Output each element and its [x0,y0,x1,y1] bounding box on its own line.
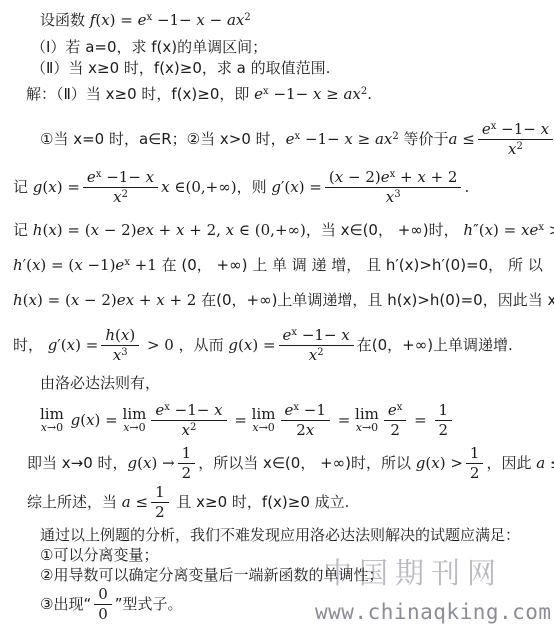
math-run: h(x) = (x − 2)ex + x + 2, x ∈ (0,+∞) [33,221,306,239]
limit-label: lim [123,407,147,422]
limit-computation: limx→0 g(x) = limx→0ex −1− xx2 = limx→0e… [0,401,554,440]
math-run: g′(x) = [271,178,322,196]
fraction-denominator: 2x [281,421,330,440]
text-run: 等价于 [404,130,449,148]
text-run: ，当 x∈(0， +∞)时， [306,221,464,239]
fraction-numerator: 1 [466,444,484,464]
text-run: ，从而 [174,336,229,354]
text-run: 记 [13,178,33,196]
text-run: 即当 x→0 时， [27,454,128,472]
fraction: ex2 [384,401,407,440]
fraction-denominator: x2 [151,421,226,440]
fraction-denominator: 2 [151,503,169,522]
limit-subscript: x→0 [252,422,276,434]
text-run: 在(0，+∞)上单调递增，且 h(x)>h(0)=0，因此当 x∈(0，+∞) [201,291,554,309]
condition-1: ①可以分离变量； [0,545,554,565]
fraction: 12 [178,444,196,483]
math-run: ex −1− x ≥ ax2 [254,85,367,103]
math-run: g(x) → [128,454,175,472]
limit-operator: limx→0 [252,407,276,434]
fraction: ex −1− xx2 [478,120,553,159]
analysis-intro: 通过以上例题的分析，我们不难发现应用洛必达法则解决的试题应满足： [0,525,554,545]
text-run: ②用导数可以确定分离变量后一端新函数的单调性； [40,566,383,584]
fraction-numerator: 1 [151,483,169,503]
condition-2: ②用导数可以确定分离变量后一端新函数的单调性； [0,565,554,585]
text-run: 时， [13,336,48,354]
fraction-denominator: 0 [94,605,112,624]
limit-conclusion: 即当 x→0 时，g(x) →12，所以当 x∈(0， +∞)时，所以 g(x)… [0,444,554,483]
math-run: ex −1− x ≥ ax2 [286,130,404,148]
math-run: a ≤ [122,493,148,511]
fraction: ex −1− xx2 [83,168,158,207]
math-run: = [230,411,252,429]
document-page: 中国期刊网 www.chinaqking.com 设函数 f(x) = ex −… [0,0,554,631]
fraction-numerator: ex −1− x [83,168,158,188]
h-definition: 记 h(x) = (x − 2)ex + x + 2, x ∈ (0,+∞)，当… [0,220,554,240]
solution-start: 解：（Ⅱ）当 x≥0 时，f(x)≥0，即 ex −1− x ≥ ax2. [0,84,554,104]
text-run: ①可以分离变量； [40,546,158,564]
math-run: > 0 [142,336,174,354]
h-monotonic: h(x) = (x − 2)ex + x + 2 在(0，+∞)上单调递增，且 … [0,290,554,310]
fraction: (x − 2)ex + x + 2x3 [325,168,462,207]
text-run: ，所以当 x∈(0， +∞)时，所以 [198,454,416,472]
fraction-denominator: x3 [325,188,462,207]
case-analysis: ①当 x=0 时，a∈R；②当 x>0 时，ex −1− x ≥ ax2 等价于… [0,120,554,159]
limit-operator: limx→0 [40,407,64,434]
math-run: g(x) = [66,411,123,429]
part-one: （Ⅰ）若 a=0，求 f(x)的单调区间； [0,37,554,57]
text-run: 在 (0， +∞) 上 单 调 递 增， 且 h′(x)>h′(0)=0， 所 … [157,256,543,274]
limit-operator: limx→0 [355,407,379,434]
limit-operator: limx→0 [123,407,147,434]
math-run: = [333,411,355,429]
text-run: ③出现“ [40,595,91,613]
problem-setup: 设函数 f(x) = ex −1− x − ax2 [0,10,554,30]
text-run: （Ⅱ）当 x≥0 时，f(x)≥0，求 a 的取值范围. [31,59,330,77]
text-run: 由洛必达法则有， [40,374,160,392]
fraction-denominator: 2 [178,464,196,483]
limit-label: lim [252,407,276,422]
lhopital-intro: 由洛必达法则有， [0,373,554,393]
text-run: ①当 x=0 时，a∈R；②当 x>0 时， [40,130,286,148]
fraction-denominator: 2 [435,421,453,440]
text-run: . [367,85,372,103]
limit-label: lim [40,407,64,422]
fraction: 12 [435,401,453,440]
h-prime-monotonic: h′(x) = (x −1)ex +1 在 (0， +∞) 上 单 调 递 增，… [0,255,554,275]
math-run: f(x) = ex −1− x − ax2 [90,11,251,29]
document-body: 设函数 f(x) = ex −1− x − ax2（Ⅰ）若 a=0，求 f(x)… [0,10,554,624]
fraction-numerator: ex −1− x [151,401,226,421]
fraction-numerator: ex −1 [281,401,330,421]
fraction-numerator: 1 [435,401,453,421]
part-two: （Ⅱ）当 x≥0 时，f(x)≥0，求 a 的取值范围. [0,58,554,78]
fraction-numerator: ex −1− x [478,120,553,140]
fraction-denominator: x2 [83,188,158,207]
text-run: 且 x≥0 时，f(x)≥0 成立. [172,493,350,511]
summary: 综上所述，当 a ≤12 且 x≥0 时，f(x)≥0 成立. [0,483,554,522]
math-run: h(x) = (x − 2)ex + x + 2 [13,291,201,309]
text-run: 解：（Ⅱ）当 x≥0 时，f(x)≥0，即 [26,85,254,103]
text-run: ”型式子。 [115,595,183,613]
g-monotonic: 时， g′(x) =h(x)x3 > 0 ，从而 g(x) =ex −1− xx… [0,326,554,365]
fraction-numerator: (x − 2)ex + x + 2 [325,168,462,188]
limit-label: lim [355,407,379,422]
fraction-denominator: 2 [384,421,407,440]
math-run: x ∈(0,+∞) [161,178,236,196]
text-run: 综上所述，当 [27,493,122,511]
math-run: a ≤ [449,130,475,148]
fraction: 12 [466,444,484,483]
math-run: h′(x) = (x −1)ex +1 [13,256,157,274]
fraction-numerator: 0 [94,585,112,605]
g-definition: 记 g(x) =ex −1− xx2x ∈(0,+∞)，则 g′(x) =(x … [0,168,554,207]
fraction-numerator: ex −1− x [279,326,354,346]
fraction-numerator: h(x) [101,326,139,346]
math-run: = [409,411,431,429]
fraction-denominator: 2 [466,464,484,483]
fraction: ex −1− xx2 [151,401,226,440]
text-run: 通过以上例题的分析，我们不难发现应用洛必达法则解决的试题应满足： [40,526,520,544]
text-run: 设函数 [40,11,90,29]
fraction-numerator: ex [384,401,407,421]
math-run: a ≤ [536,454,554,472]
fraction-denominator: x3 [101,346,139,365]
fraction-numerator: 1 [178,444,196,464]
fraction-denominator: x2 [279,346,354,365]
text-run: 在(0，+∞)上单调递增. [357,336,513,354]
math-run: g′(x) = [48,336,99,354]
condition-3: ③出现“00”型式子。 [0,585,554,624]
fraction-denominator: x2 [478,140,553,159]
text-run: ，则 [237,178,272,196]
math-run: g(x) = [228,336,275,354]
fraction: ex −1− xx2 [279,326,354,365]
fraction: 00 [94,585,112,624]
text-run: （Ⅰ）若 a=0，求 f(x)的单调区间； [31,38,267,56]
limit-subscript: x→0 [40,422,64,434]
math-run: g(x) > [416,454,463,472]
fraction: ex −12x [281,401,330,440]
text-run: . [464,178,469,196]
math-run: h″(x) = xex > 0, [463,221,554,239]
fraction: 12 [151,483,169,522]
math-run: g(x) = [33,178,80,196]
text-run: ，因此 [486,454,536,472]
text-run: 记 [13,221,33,239]
limit-subscript: x→0 [123,422,147,434]
fraction: h(x)x3 [101,326,139,365]
limit-subscript: x→0 [355,422,379,434]
